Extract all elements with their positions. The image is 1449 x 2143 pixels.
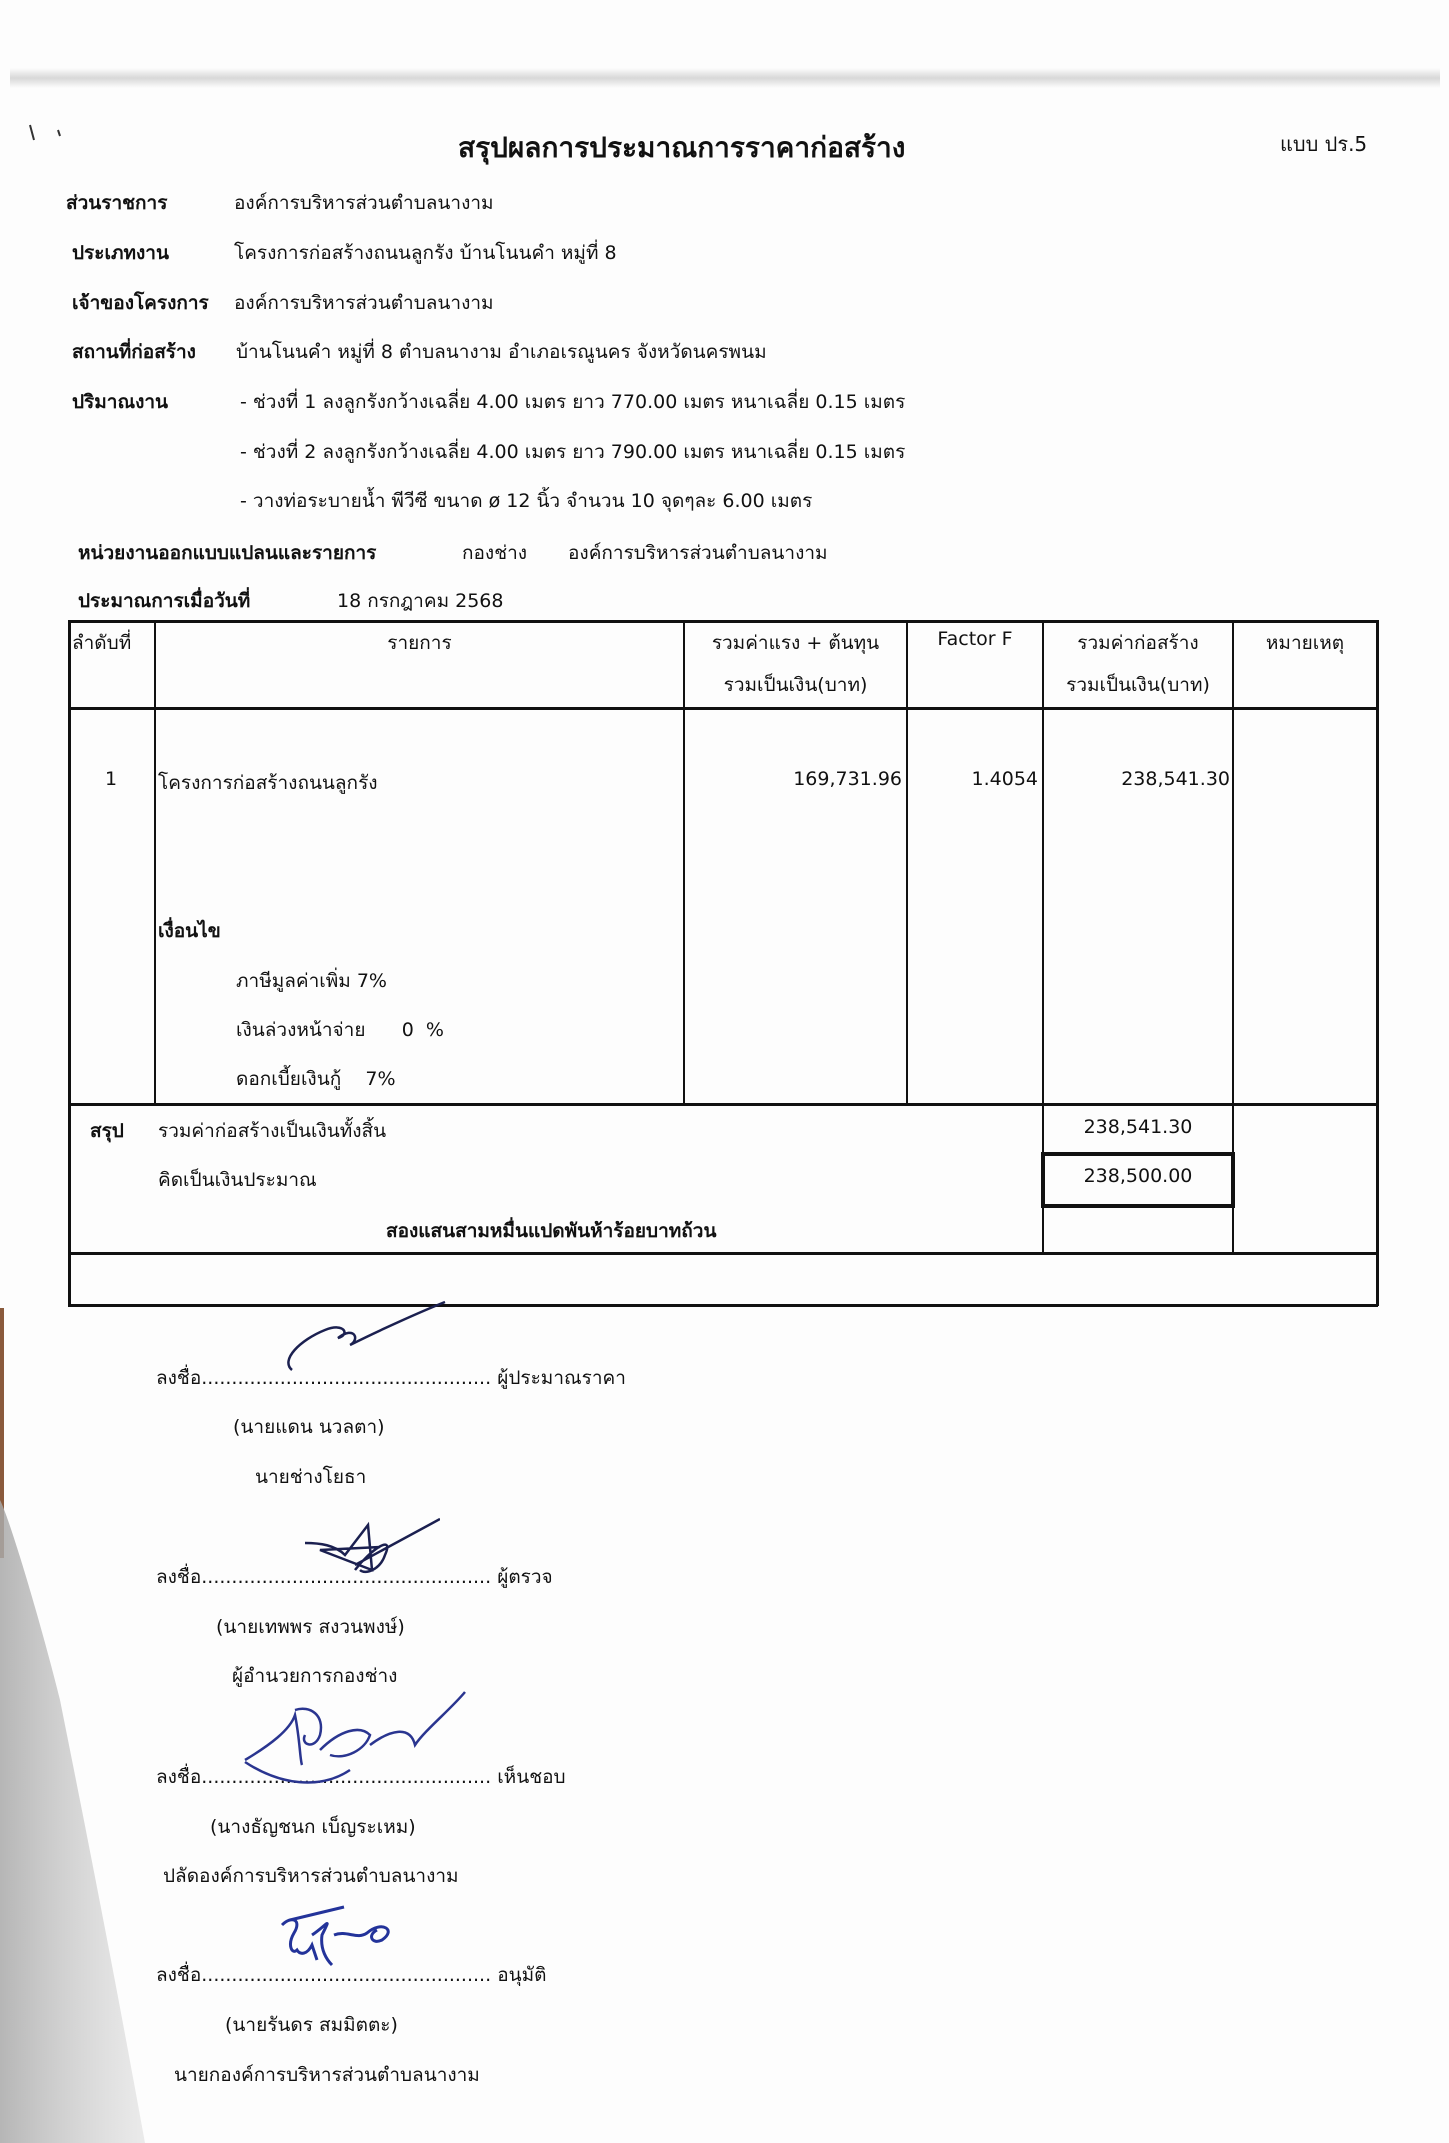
signer-3-name: (นางธัญชนก เบ็ญระเหม) xyxy=(210,1812,416,1842)
sign-prefix: ลงชื่อ xyxy=(156,1367,201,1389)
quantity-item: - ช่วงที่ 1 ลงลูกรังกว้างเฉลี่ย 4.00 เมต… xyxy=(240,387,905,417)
summary-divider xyxy=(68,1252,1378,1255)
estimate-date-value: 18 กรกฎาคม 2568 xyxy=(337,586,503,616)
agency-value: องค์การบริหารส่วนตำบลนางาม xyxy=(234,188,494,218)
row-item: โครงการก่อสร้างถนนลูกรัง xyxy=(158,768,378,798)
signer-2-name: (นายเทพพร สงวนพงษ์) xyxy=(216,1612,405,1642)
summary-rounded-label: คิดเป็นเงินประมาณ xyxy=(158,1165,317,1195)
condition-advance: เงินล่วงหน้าจ่าย 0 % xyxy=(236,1015,444,1045)
table-border-left xyxy=(68,620,71,1306)
signer-1-position: นายช่างโยธา xyxy=(255,1462,366,1492)
header-total-line1: รวมค่าก่อสร้าง xyxy=(1044,628,1232,658)
signer-role: อนุมัติ xyxy=(497,1964,546,1986)
signer-2-position: ผู้อำนวยการกองช่าง xyxy=(232,1661,397,1691)
estimate-date-label: ประมาณการเมื่อวันที่ xyxy=(78,586,250,616)
signer-4-name: (นายรันดร สมมิตตะ) xyxy=(225,2010,398,2040)
header-no: ลำดับที่ xyxy=(72,628,131,658)
table-border-right xyxy=(1376,620,1379,1306)
signer-2-line: ลงชื่อ..................................… xyxy=(156,1562,553,1592)
sign-dots: ........................................… xyxy=(201,1964,491,1986)
summary-total-label: รวมค่าก่อสร้างเป็นเงินทั้งสิ้น xyxy=(158,1116,386,1146)
signer-4-line: ลงชื่อ..................................… xyxy=(156,1960,546,1990)
sign-dots: ........................................… xyxy=(201,1566,491,1588)
table-border-top xyxy=(68,620,1378,623)
header-remark: หมายเหตุ xyxy=(1234,628,1376,658)
work-type-value: โครงการก่อสร้างถนนลูกรัง บ้านโนนคำ หมู่ท… xyxy=(234,238,617,268)
location-label: สถานที่ก่อสร้าง xyxy=(72,337,196,367)
header-total-line2: รวมเป็นเงิน(บาท) xyxy=(1044,670,1232,700)
header-cost-line1: รวมค่าแรง + ต้นทุน xyxy=(685,628,906,658)
summary-in-words: สองแสนสามหมื่นแปดพันห้าร้อยบาทถ้วน xyxy=(386,1216,716,1246)
body-divider xyxy=(68,1103,1378,1106)
owner-value: องค์การบริหารส่วนตำบลนางาม xyxy=(234,288,494,318)
design-unit-division: กองช่าง xyxy=(462,538,527,568)
condition-vat: ภาษีมูลค่าเพิ่ม 7% xyxy=(236,966,387,996)
signer-role: ผู้ตรวจ xyxy=(497,1566,552,1588)
signer-3-line: ลงชื่อ..................................… xyxy=(156,1762,566,1792)
work-type-label: ประเภทงาน xyxy=(72,238,169,268)
design-unit-org: องค์การบริหารส่วนตำบลนางาม xyxy=(568,538,828,568)
signer-role: เห็นชอบ xyxy=(497,1766,565,1788)
document-title: สรุปผลการประมาณการราคาก่อสร้าง xyxy=(458,126,905,170)
location-value: บ้านโนนคำ หมู่ที่ 8 ตำบลนางาม อำเภอเรณูน… xyxy=(236,337,767,367)
quantity-item: - ช่วงที่ 2 ลงลูกรังกว้างเฉลี่ย 4.00 เมต… xyxy=(240,437,905,467)
signer-role: ผู้ประมาณราคา xyxy=(497,1367,626,1389)
col-divider xyxy=(906,620,908,1104)
conditions-title: เงื่อนไข xyxy=(158,916,221,946)
quantity-item: - วางท่อระบายน้ำ พีวีซี ขนาด ø 12 นิ้ว จ… xyxy=(240,486,812,516)
condition-interest: ดอกเบี้ยเงินกู้ 7% xyxy=(236,1064,396,1094)
form-code: แบบ ปร.5 xyxy=(1280,128,1367,160)
sign-prefix: ลงชื่อ xyxy=(156,1766,201,1788)
design-unit-label: หน่วยงานออกแบบแปลนและรายการ xyxy=(78,538,376,568)
quantity-label: ปริมาณงาน xyxy=(72,387,168,417)
sign-dots: ........................................… xyxy=(201,1766,491,1788)
header-cost-line2: รวมเป็นเงิน(บาท) xyxy=(685,670,906,700)
paper-edge-strip xyxy=(0,1308,4,1558)
row-total: 238,541.30 xyxy=(1044,768,1230,790)
row-no: 1 xyxy=(68,768,154,790)
owner-label: เจ้าของโครงการ xyxy=(72,288,209,318)
signer-4-position: นายกองค์การบริหารส่วนตำบลนางาม xyxy=(174,2060,480,2090)
row-cost: 169,731.96 xyxy=(685,768,902,790)
table-border-bottom xyxy=(68,1304,1378,1307)
header-divider xyxy=(68,707,1378,710)
agency-label: ส่วนราชการ xyxy=(66,188,167,218)
sign-prefix: ลงชื่อ xyxy=(156,1566,201,1588)
sign-prefix: ลงชื่อ xyxy=(156,1964,201,1986)
signer-3-position: ปลัดองค์การบริหารส่วนตำบลนางาม xyxy=(163,1861,459,1891)
row-factor: 1.4054 xyxy=(908,768,1038,790)
header-factor: Factor F xyxy=(908,628,1042,650)
estimate-table: ลำดับที่ รายการ รวมค่าแรง + ต้นทุน รวมเป… xyxy=(68,620,1378,1306)
sign-dots: ........................................… xyxy=(201,1367,491,1389)
signer-1-name: (นายแดน นวลตา) xyxy=(233,1412,385,1442)
summary-rounded-value: 238,500.00 xyxy=(1044,1165,1232,1187)
summary-label: สรุป xyxy=(90,1116,124,1146)
signer-1-line: ลงชื่อ..................................… xyxy=(156,1363,626,1393)
col-divider xyxy=(154,620,156,1104)
summary-total-value: 238,541.30 xyxy=(1044,1116,1232,1138)
header-item: รายการ xyxy=(156,628,683,658)
paper-fold-shadow xyxy=(10,68,1440,88)
